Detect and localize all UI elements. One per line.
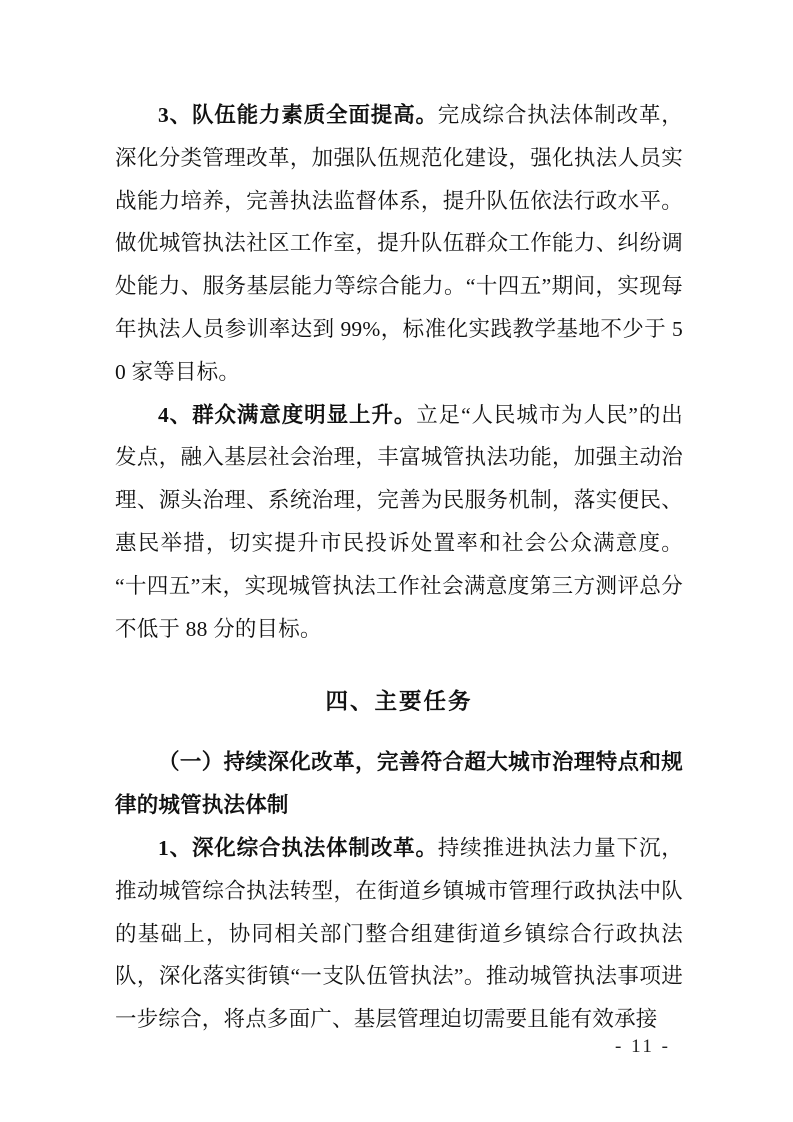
document-content: 3、队伍能力素质全面提高。完成综合执法体制改革，深化分类管理改革，加强队伍规范化… [115,94,683,1041]
paragraph-lead-system-reform: 1、深化综合执法体制改革。 [158,836,438,860]
paragraph-lead-team-capability: 3、队伍能力素质全面提高。 [158,103,438,127]
document-page: 3、队伍能力素质全面提高。完成综合执法体制改革，深化分类管理改革，加强队伍规范化… [0,0,793,1122]
paragraph-body-public-satisfaction: 立足“人民城市为人民”的出发点，融入基层社会治理，丰富城管执法功能，加强主动治理… [115,403,683,641]
section-heading-main-tasks: 四、主要任务 [115,680,683,724]
paragraph-system-reform: 1、深化综合执法体制改革。持续推进执法力量下沉，推动城管综合执法转型，在街道乡镇… [115,827,683,1041]
paragraph-team-capability: 3、队伍能力素质全面提高。完成综合执法体制改革，深化分类管理改革，加强队伍规范化… [115,94,683,394]
paragraph-lead-public-satisfaction: 4、群众满意度明显上升。 [158,403,416,427]
paragraph-body-system-reform: 持续推进执法力量下沉，推动城管综合执法转型，在街道乡镇城市管理行政执法中队的基础… [115,836,683,1031]
paragraph-public-satisfaction: 4、群众满意度明显上升。立足“人民城市为人民”的出发点，融入基层社会治理，丰富城… [115,394,683,651]
page-number: - 11 - [615,1036,670,1058]
paragraph-body-team-capability: 完成综合执法体制改革，深化分类管理改革，加强队伍规范化建设，强化执法人员实战能力… [115,103,683,384]
subsection-heading-deepen-reform: （一）持续深化改革，完善符合超大城市治理特点和规律的城管执法体制 [115,741,683,827]
